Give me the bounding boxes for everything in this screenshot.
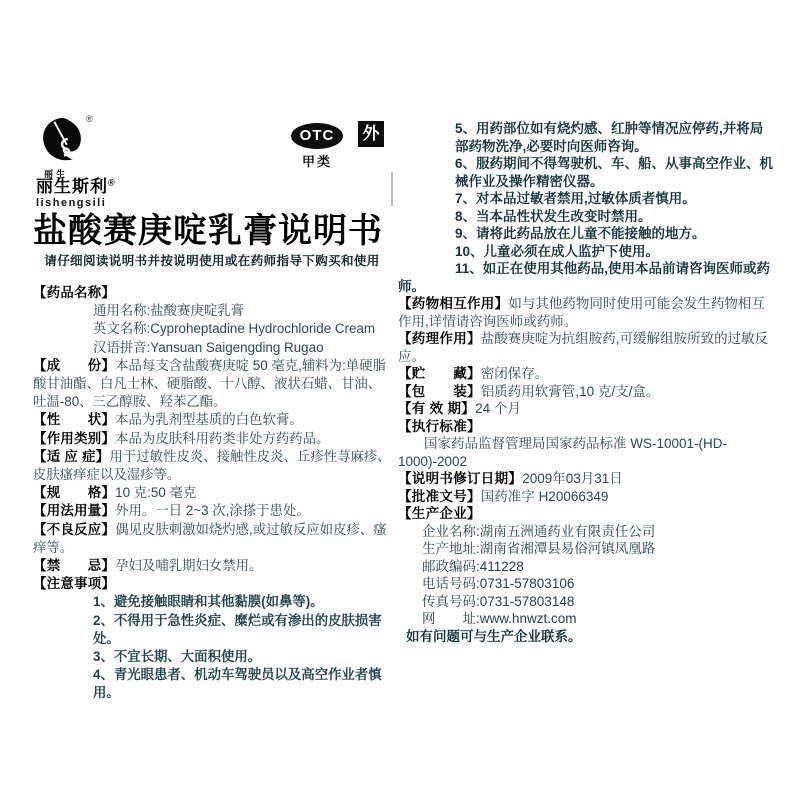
precaution-item: 10、儿童必须在成人监护下使用。 [455, 243, 775, 261]
section-text: 铝质药用软膏管,10 克/支/盒。 [481, 384, 660, 399]
section-text: 2009年03月31日 [522, 471, 623, 486]
section-heading: 【性 状】 [33, 412, 115, 427]
manufacturer-name: 企业名称:湖南五洲通药业有限责任公司 [422, 523, 775, 541]
registered-mark: ® [108, 177, 116, 187]
brand-logo-mark [38, 151, 86, 168]
section-heading: 【有 效 期】 [398, 401, 475, 416]
page-title: 盐酸赛庚啶乳膏说明书 [33, 203, 395, 252]
precaution-item: 7、对本品过敏者禁用,过敏体质者慎用。 [455, 190, 775, 208]
section-category: 【作用类别】本品为皮肤科用药类非处方药药品。 [33, 430, 392, 448]
section-text: 孕妇及哺乳期妇女禁用。 [115, 558, 262, 573]
standard-text: 国家药品监督管理局国家药品标准 WS-10001-(HD-1000)-2002 [398, 435, 775, 470]
section-text: 本品为乳剂型基质的白色软膏。 [115, 412, 302, 427]
section-heading: 【注意事项】 [33, 576, 115, 591]
section-heading: 【用法用量】 [33, 503, 115, 518]
brand-name-text: 丽生斯利 [36, 177, 108, 196]
leaflet-page: ® 丽生 丽生斯利® lishengsili OTC 甲类 外 盐酸赛庚啶乳膏说… [0, 0, 800, 800]
section-heading: 【药理作用】 [398, 331, 481, 346]
section-approval: 【批准文号】国药准字 H20066349 [398, 488, 775, 506]
section-heading: 【成 份】 [33, 358, 115, 373]
otc-ellipse-icon: OTC [291, 123, 343, 149]
generic-name: 通用名称:盐酸赛庚啶乳膏 [93, 302, 392, 320]
section-storage: 【贮 藏】密闭保存。 [398, 365, 775, 383]
precaution-item: 1、避免接触眼睛和其他黏膜(如鼻等)。 [93, 593, 392, 611]
section-contraindication: 【禁 忌】孕妇及哺乳期妇女禁用。 [33, 557, 392, 575]
section-text: 密闭保存。 [481, 366, 549, 381]
section-pharmacology: 【药理作用】盐酸赛庚啶为抗组胺药,可缓解组胺所致的过敏反应。 [398, 330, 775, 365]
section-indications: 【适 应 症】用于过敏性皮炎、接触性皮炎、丘疹性荨麻疹、皮肤瘙痒症以及湿疹等。 [33, 448, 392, 484]
registered-mark: ® [86, 114, 93, 124]
otc-badge: OTC 甲类 [291, 123, 343, 170]
section-heading: 【适 应 症】 [33, 449, 110, 464]
left-column: 【药品名称】 通用名称:盐酸赛庚啶乳膏 英文名称:Cyproheptadine … [33, 284, 392, 703]
manufacturer-website: 网 址:www.hnwzt.com [422, 610, 775, 628]
manufacturer-phone: 电话号码:0731-57803106 [422, 575, 775, 593]
section-heading: 【作用类别】 [33, 431, 115, 446]
otc-class-label: 甲类 [291, 151, 343, 170]
brand-logo: ® 丽生 [38, 116, 102, 180]
external-use-badge: 外 [358, 121, 384, 147]
brand-name: 丽生斯利® [36, 172, 116, 197]
section-text: 24 个月 [475, 401, 521, 416]
section-text: 国药准字 H20066349 [481, 489, 609, 504]
section-standard: 【执行标准】 [398, 418, 775, 436]
pinyin-name: 汉语拼音:Yansuan Saigengding Rugao [93, 339, 392, 357]
right-column: 5、用药部位如有烧灼感、红肿等情况应停药,并将局部药物洗净,必要时向医师咨询。 … [398, 120, 775, 645]
section-heading: 【包 装】 [398, 384, 481, 399]
section-packaging: 【包 装】铝质药用软膏管,10 克/支/盒。 [398, 383, 775, 401]
section-heading: 【贮 藏】 [398, 366, 481, 381]
section-text: 10 克:50 毫克 [115, 485, 196, 500]
section-heading: 【药品名称】 [33, 285, 115, 300]
precaution-item: 9、请将此药品放在儿童不能接触的地方。 [455, 225, 775, 243]
section-heading: 【批准文号】 [398, 489, 481, 504]
precaution-item: 11、如正在使用其他药品,使用本品前请咨询医师或药师。 [398, 260, 775, 295]
fold-mark [391, 172, 393, 206]
section-heading: 【药物相互作用】 [398, 296, 508, 311]
precaution-item: 2、不得用于急性炎症、糜烂或有渗出的皮肤损害处。 [93, 612, 392, 648]
manufacturer-address: 生产地址:湖南省湘潭县易俗河镇凤凰路 [422, 540, 775, 558]
precaution-item: 8、当本品性状发生改变时禁用。 [455, 208, 775, 226]
subtitle: 请仔细阅读说明书并按说明使用或在药师指导下购买和使用 [30, 251, 394, 269]
section-heading: 【生产企业】 [398, 506, 481, 521]
section-heading: 【执行标准】 [398, 419, 481, 434]
swirl-logo-icon [38, 116, 86, 164]
manufacturer-zipcode: 邮政编码:411228 [422, 558, 775, 576]
precaution-item: 6、服药期间不得驾驶机、车、船、从事高空作业、机械作业及操作精密仪器。 [455, 155, 775, 190]
section-drug-name: 【药品名称】 [33, 284, 392, 302]
section-validity: 【有 效 期】24 个月 [398, 400, 775, 418]
section-text: 本品为皮肤科用药类非处方药药品。 [115, 431, 329, 446]
section-properties: 【性 状】本品为乳剂型基质的白色软膏。 [33, 411, 392, 429]
section-dosage: 【用法用量】外用。一日 2~3 次,涂搽于患处。 [33, 502, 392, 520]
section-composition: 【成 份】本品每支含盐酸赛庚啶 50 毫克,辅料为:单硬脂酸甘油酯、白凡士林、硬… [33, 357, 392, 412]
contact-note: 如有问题可与生产企业联系。 [406, 628, 775, 646]
section-revision: 【说明书修订日期】2009年03月31日 [398, 470, 775, 488]
precaution-item: 4、青光眼患者、机动车驾驶员以及高空作业者慎用。 [93, 666, 392, 702]
section-adverse: 【不良反应】偶见皮肤刺激如烧灼感,或过敏反应如皮疹、瘙痒等。 [33, 521, 392, 557]
section-precautions: 【注意事项】 [33, 575, 392, 593]
section-manufacturer: 【生产企业】 [398, 505, 775, 523]
section-heading: 【说明书修订日期】 [398, 471, 522, 486]
section-heading: 【禁 忌】 [33, 558, 115, 573]
english-name: 英文名称:Cyproheptadine Hydrochloride Cream [93, 320, 392, 338]
section-heading: 【不良反应】 [33, 522, 115, 537]
precaution-item: 3、不宜长期、大面积使用。 [93, 648, 392, 666]
section-spec: 【规 格】10 克:50 毫克 [33, 484, 392, 502]
manufacturer-fax: 传真号码:0731-57803148 [422, 593, 775, 611]
section-interactions: 【药物相互作用】如与其他药物同时使用可能会发生药物相互作用,详情请咨询医师或药师… [398, 295, 775, 330]
section-heading: 【规 格】 [33, 485, 115, 500]
precaution-item: 5、用药部位如有烧灼感、红肿等情况应停药,并将局部药物洗净,必要时向医师咨询。 [455, 120, 775, 155]
section-text: 外用。一日 2~3 次,涂搽于患处。 [115, 503, 310, 518]
